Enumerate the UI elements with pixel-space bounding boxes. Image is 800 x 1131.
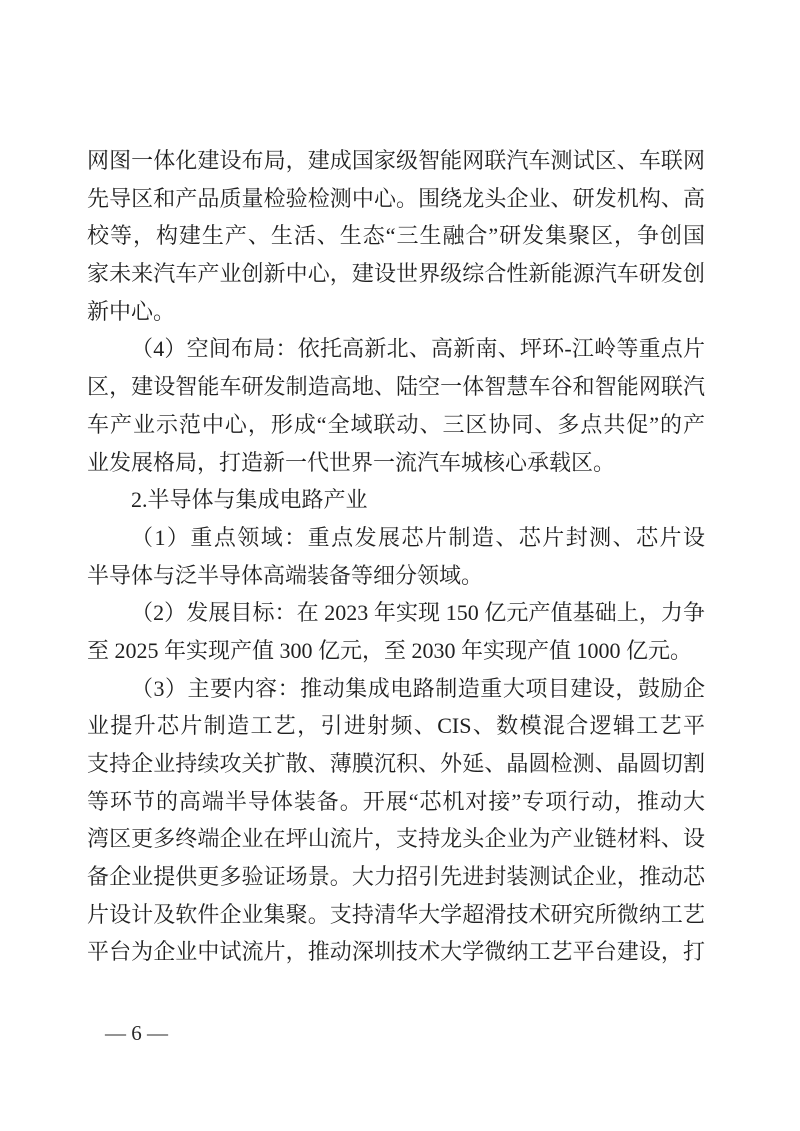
text-line: 车产业示范中心，形成“全域联动、三区协同、多点共促”的产 [87, 406, 705, 444]
text-line: 湾区更多终端企业在坪山流片，支持龙头企业为产业链材料、设 [87, 820, 705, 858]
text-line: （3）主要内容：推动集成电路制造重大项目建设，鼓励企 [87, 670, 705, 708]
text-line: 区，建设智能车研发制造高地、陆空一体智慧车谷和智能网联汽 [87, 368, 705, 406]
text-line: 新中心。 [87, 293, 705, 331]
text-line: （2）发展目标：在 2023 年实现 150 亿元产值基础上，力争 [87, 594, 705, 632]
text-line: 业发展格局，打造新一代世界一流汽车城核心承载区。 [87, 444, 705, 482]
text-line: 校等，构建生产、生活、生态“三生融合”研发集聚区，争创国 [87, 217, 705, 255]
page-number: — 6 — [105, 1021, 168, 1046]
text-line: 片设计及软件企业集聚。支持清华大学超滑技术研究所微纳工艺 [87, 896, 705, 934]
text-line: 家未来汽车产业创新中心，建设世界级综合性新能源汽车研发创 [87, 255, 705, 293]
text-line: 等环节的高端半导体装备。开展“芯机对接”专项行动，推动大 [87, 783, 705, 821]
text-line: 先导区和产品质量检验检测中心。围绕龙头企业、研发机构、高 [87, 180, 705, 218]
text-line: 半导体与泛半导体高端装备等细分领域。 [87, 557, 705, 595]
text-line: 2.半导体与集成电路产业 [87, 481, 705, 519]
text-line: 网图一体化建设布局，建成国家级智能网联汽车测试区、车联网 [87, 142, 705, 180]
text-line: 平台为企业中试流片，推动深圳技术大学微纳工艺平台建设，打 [87, 933, 705, 971]
document-body: 网图一体化建设布局，建成国家级智能网联汽车测试区、车联网先导区和产品质量检验检测… [87, 142, 705, 971]
text-line: 业提升芯片制造工艺，引进射频、CIS、数模混合逻辑工艺平台。 [87, 707, 705, 745]
text-line: 备企业提供更多验证场景。大力招引先进封装测试企业，推动芯 [87, 858, 705, 896]
text-line: （4）空间布局：依托高新北、高新南、坪环-江岭等重点片 [87, 330, 705, 368]
text-line: 支持企业持续攻关扩散、薄膜沉积、外延、晶圆检测、晶圆切割 [87, 745, 705, 783]
text-line: （1）重点领域：重点发展芯片制造、芯片封测、芯片设计、 [87, 519, 705, 557]
document-page: 网图一体化建设布局，建成国家级智能网联汽车测试区、车联网先导区和产品质量检验检测… [0, 0, 800, 1131]
text-line: 至 2025 年实现产值 300 亿元，至 2030 年实现产值 1000 亿元… [87, 632, 705, 670]
